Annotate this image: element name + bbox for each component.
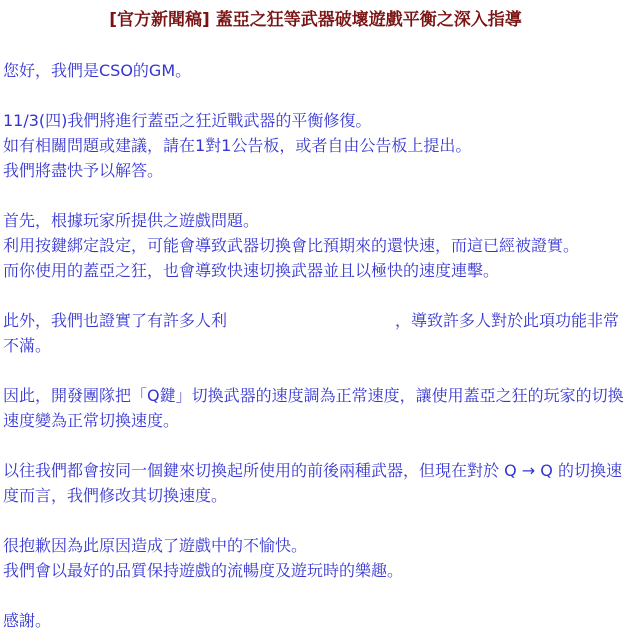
text-line: 因此，開發團隊把「Q鍵」切換武器的速度調為正常速度，讓使用蓋亞之狂的玩家的切換 <box>3 383 628 408</box>
text-line: 首先，根據玩家所提供之遊戲問題。 <box>3 208 628 233</box>
paragraph-greeting: 您好，我們是CSO的GM。 <box>3 58 628 83</box>
announcement-document: [官方新聞稿] 蓋亞之狂等武器破壞遊戲平衡之深入指導 您好，我們是CSO的GM。… <box>0 0 630 630</box>
text-line: 11/3(四)我們將進行蓋亞之狂近戰武器的平衡修復。 <box>3 108 628 133</box>
censored-blank-gap <box>227 325 395 326</box>
text-line: 如有相關問題或建議，請在1對1公告板，或者自由公告板上提出。 <box>3 133 628 158</box>
page-title: [官方新聞稿] 蓋亞之狂等武器破壞遊戲平衡之深入指導 <box>3 8 628 33</box>
text-line: 以往我們都會按同一個鍵來切換起所使用的前後兩種武器，但現在對於 Q → Q 的切… <box>3 458 628 483</box>
text-line: 很抱歉因為此原因造成了遊戲中的不愉快。 <box>3 533 628 558</box>
paragraph-exploit-confirmation: 此外，我們也證實了有許多人利，導致許多人對於此項功能非常 不滿。 <box>3 308 628 358</box>
paragraph-apology: 很抱歉因為此原因造成了遊戲中的不愉快。 我們會以最好的品質保持遊戲的流暢度及遊玩… <box>3 533 628 583</box>
paragraph-issue-description: 首先，根據玩家所提供之遊戲問題。 利用按鍵綁定設定，可能會導致武器切換會比預期來… <box>3 208 628 283</box>
text-line: 感謝。 <box>3 608 628 630</box>
text-line: 利用按鍵綁定設定，可能會導致武器切換會比預期來的還快速，而這已經被證實。 <box>3 233 628 258</box>
text-line: 不滿。 <box>3 333 628 358</box>
gap-line-before: 此外，我們也證實了有許多人利 <box>3 311 227 330</box>
paragraph-maintenance-notice: 11/3(四)我們將進行蓋亞之狂近戰武器的平衡修復。 如有相關問題或建議，請在1… <box>3 108 628 183</box>
text-line: 您好，我們是CSO的GM。 <box>3 58 628 83</box>
paragraph-fix-description: 因此，開發團隊把「Q鍵」切換武器的速度調為正常速度，讓使用蓋亞之狂的玩家的切換 … <box>3 383 628 433</box>
text-line: 而你使用的蓋亞之狂，也會導致快速切換武器並且以極快的速度連擊。 <box>3 258 628 283</box>
text-line-with-gap: 此外，我們也證實了有許多人利，導致許多人對於此項功能非常 <box>3 308 628 333</box>
text-line: 速度變為正常切換速度。 <box>3 408 628 433</box>
paragraph-switch-speed-change: 以往我們都會按同一個鍵來切換起所使用的前後兩種武器，但現在對於 Q → Q 的切… <box>3 458 628 508</box>
text-line: 度而言，我們修改其切換速度。 <box>3 483 628 508</box>
gap-line-after: ，導致許多人對於此項功能非常 <box>395 311 619 330</box>
paragraph-thanks: 感謝。 <box>3 608 628 630</box>
text-line: 我們會以最好的品質保持遊戲的流暢度及遊玩時的樂趣。 <box>3 558 628 583</box>
text-line: 我們將盡快予以解答。 <box>3 158 628 183</box>
